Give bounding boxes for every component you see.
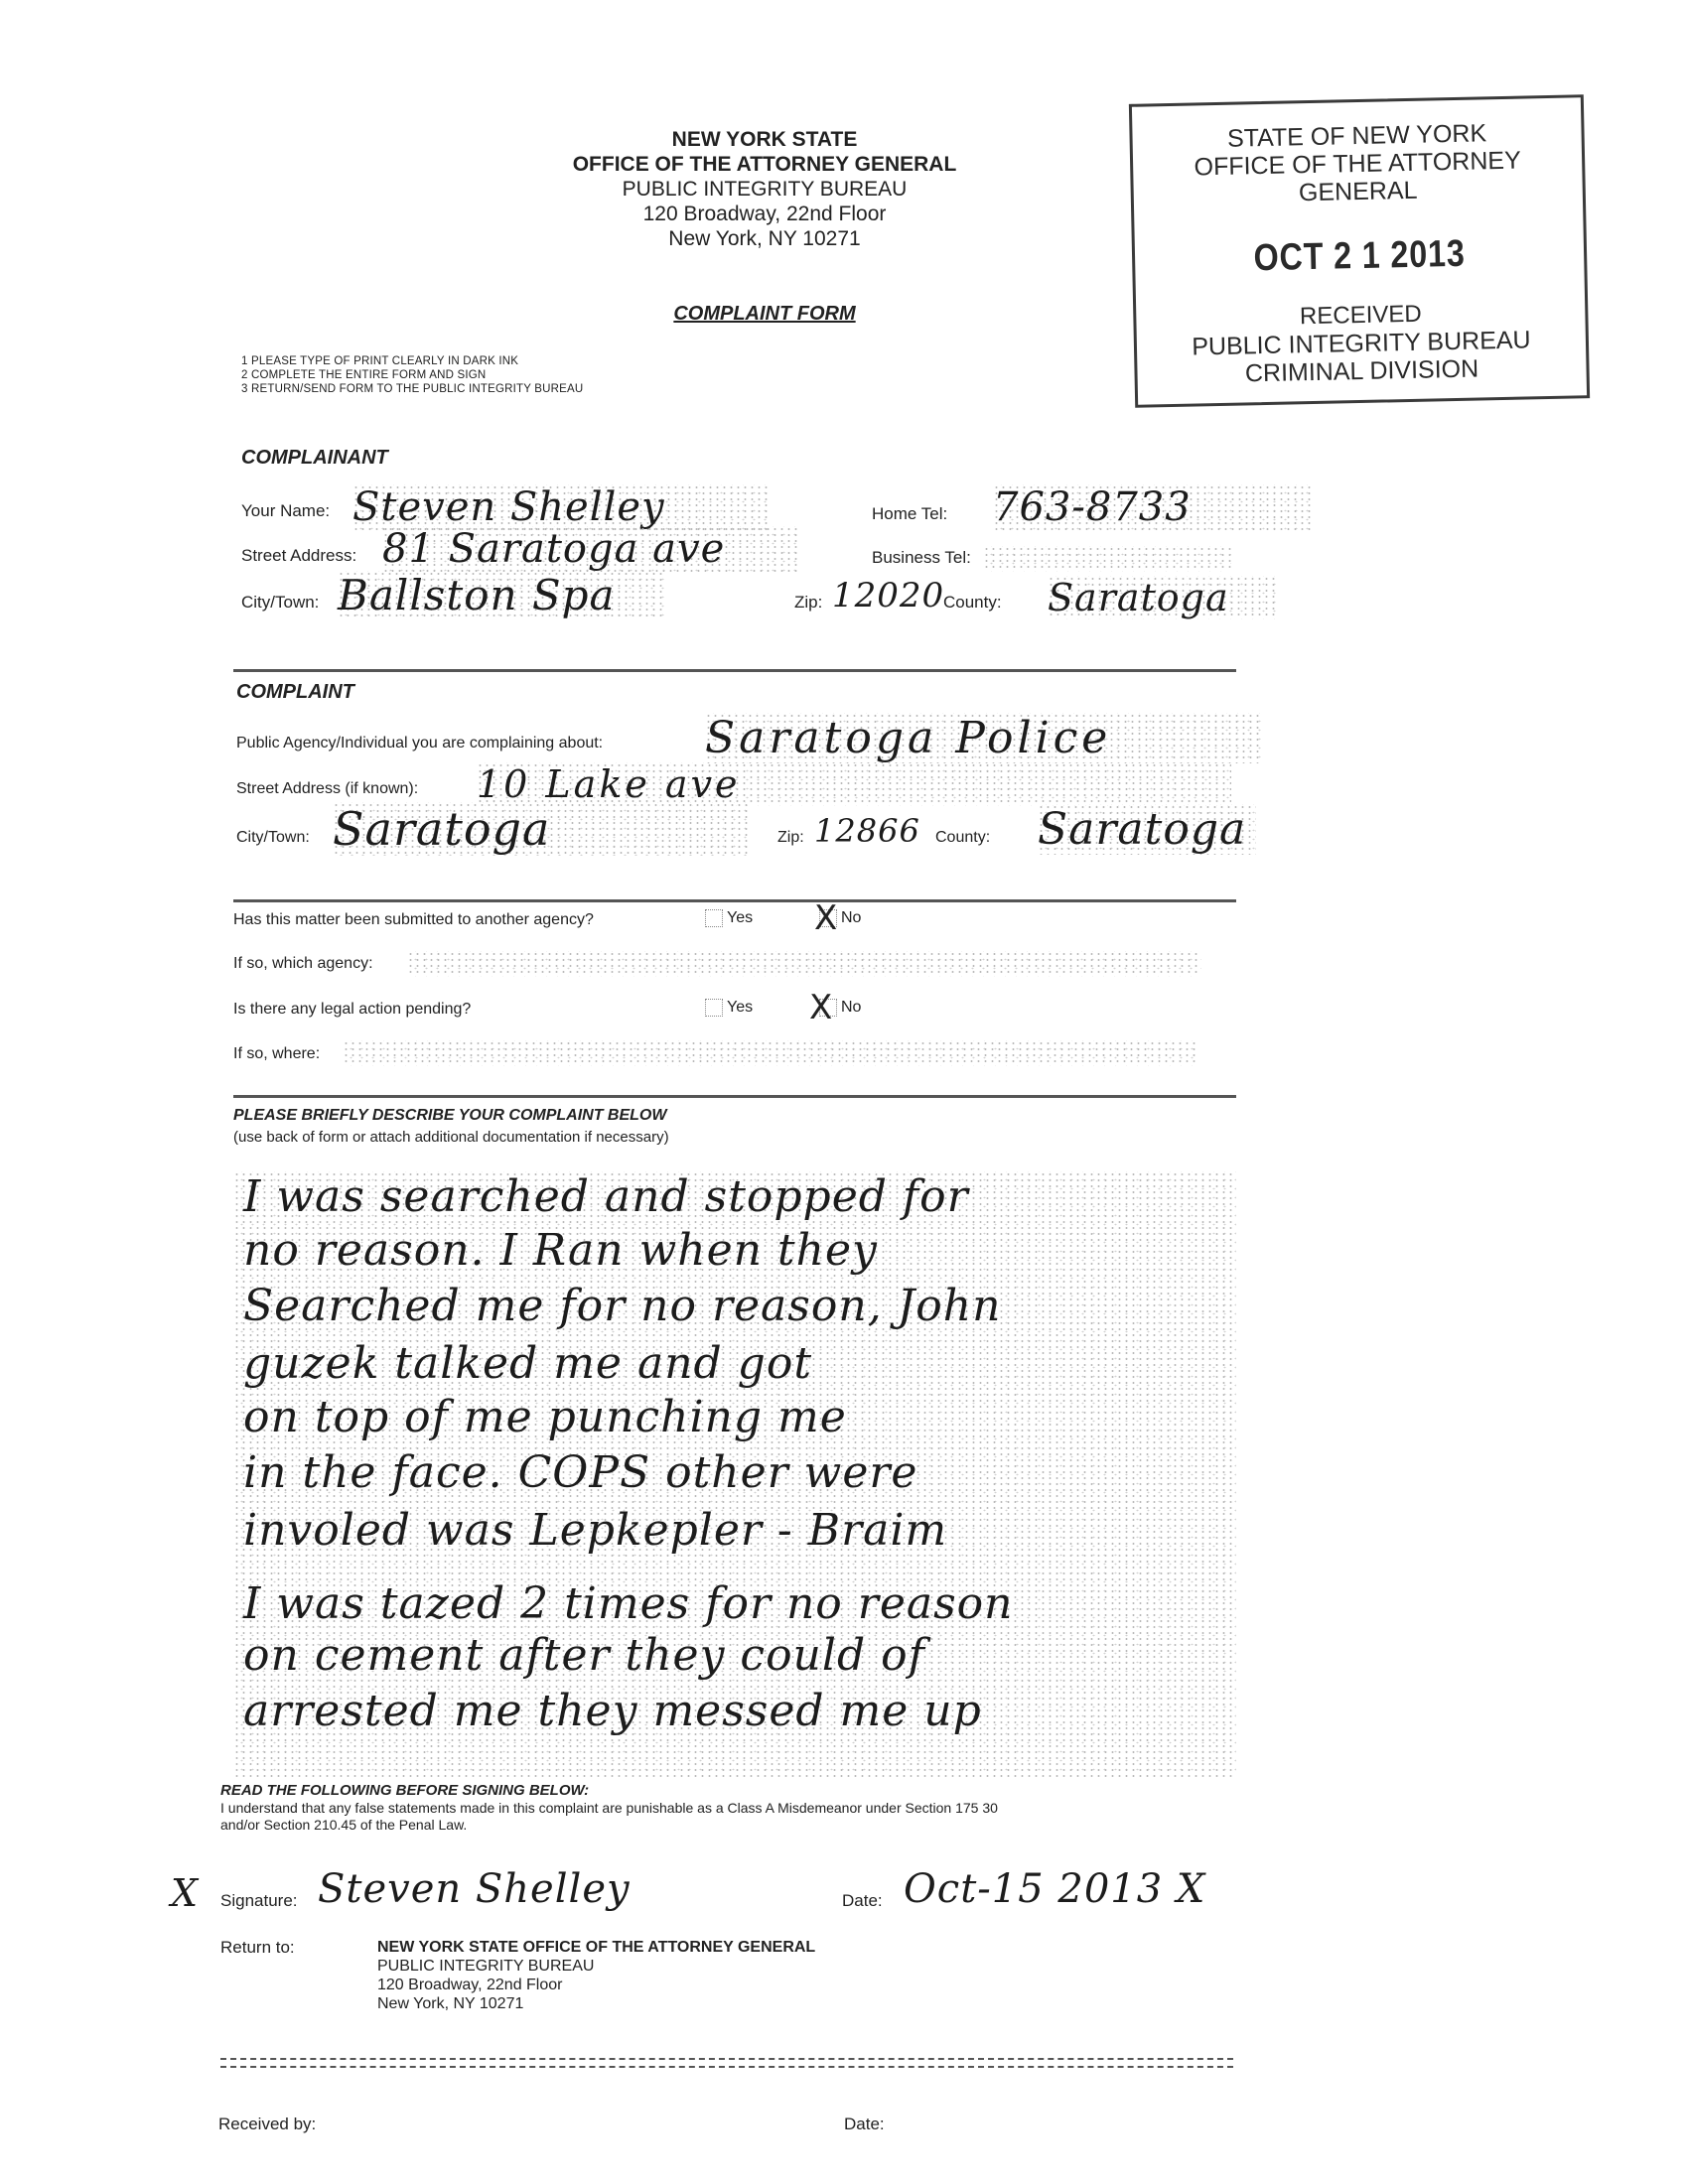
- home-tel-label: Home Tel:: [872, 504, 947, 524]
- no-label: No: [841, 909, 861, 926]
- instructions-list: 1 PLEASE TYPE OF PRINT CLEARLY IN DARK I…: [241, 354, 583, 396]
- stamp-office: OFFICE OF THE ATTORNEY GENERAL: [1133, 145, 1583, 209]
- stamp-date: OCT 2 1 2013: [1169, 231, 1551, 282]
- description-line: I was searched and stopped for: [243, 1171, 969, 1222]
- agency-zip-label: Zip:: [777, 829, 804, 847]
- agency-city-field[interactable]: Saratoga: [333, 802, 750, 856]
- street-address-label: Street Address:: [241, 546, 356, 566]
- section-divider: [233, 899, 1236, 902]
- county-field[interactable]: Saratoga: [1048, 576, 1276, 619]
- description-line: on top of me punching me: [243, 1392, 847, 1442]
- description-line: involed was Lepkepler - Braim: [243, 1505, 947, 1556]
- business-tel-field[interactable]: [983, 546, 1231, 572]
- instruction-item: 3 RETURN/SEND FORM TO THE PUBLIC INTEGRI…: [241, 382, 583, 396]
- received-date-label: Date:: [844, 2115, 885, 2134]
- description-subtitle: (use back of form or attach additional d…: [233, 1129, 669, 1146]
- city-label: City/Town:: [241, 593, 319, 613]
- return-to-label: Return to:: [220, 1938, 295, 1958]
- description-line: in the face. COPS other were: [243, 1447, 917, 1498]
- return-office: NEW YORK STATE OFFICE OF THE ATTORNEY GE…: [377, 1938, 815, 1957]
- description-title: PLEASE BRIEFLY DESCRIBE YOUR COMPLAINT B…: [233, 1107, 666, 1125]
- name-label: Your Name:: [241, 501, 330, 521]
- section-divider: [233, 1095, 1236, 1098]
- agency-label: Public Agency/Individual you are complai…: [236, 735, 603, 752]
- attestation-text-line1: I understand that any false statements m…: [220, 1800, 998, 1817]
- where-label: If so, where:: [233, 1045, 320, 1063]
- where-field[interactable]: [343, 1040, 1196, 1066]
- agency-field[interactable]: Saratoga Police: [705, 713, 1261, 763]
- which-agency-label: If so, which agency:: [233, 955, 373, 973]
- legal-action-question: Is there any legal action pending?: [233, 1001, 471, 1019]
- attestation-title: READ THE FOLLOWING BEFORE SIGNING BELOW:: [220, 1782, 589, 1799]
- agency-street-field[interactable]: 10 Lake ave: [477, 762, 1231, 806]
- no-label: No: [841, 999, 861, 1016]
- county-label: County:: [943, 593, 1002, 613]
- city-field[interactable]: Ballston Spa: [338, 571, 665, 619]
- instruction-item: 2 COMPLETE THE ENTIRE FORM AND SIGN: [241, 368, 583, 382]
- section-divider: [233, 669, 1236, 672]
- header-city: New York, NY 10271: [516, 226, 1013, 251]
- business-tel-label: Business Tel:: [872, 548, 971, 568]
- agency-street-label: Street Address (if known):: [236, 780, 418, 798]
- signature-marker: X: [171, 1871, 199, 1915]
- received-stamp: STATE OF NEW YORK OFFICE OF THE ATTORNEY…: [1129, 94, 1590, 408]
- yes-label: Yes: [727, 999, 753, 1016]
- description-line: arrested me they messed me up: [243, 1686, 982, 1736]
- signature-field[interactable]: Steven Shelley: [318, 1866, 631, 1912]
- signature-label: Signature:: [220, 1891, 298, 1911]
- submitted-yes-checkbox[interactable]: [705, 909, 723, 927]
- office-use-separator: [220, 2058, 1233, 2068]
- yes-label: Yes: [727, 909, 753, 926]
- return-address: NEW YORK STATE OFFICE OF THE ATTORNEY GE…: [377, 1938, 815, 2013]
- complainant-section-title: COMPLAINANT: [241, 447, 388, 470]
- submitted-question: Has this matter been submitted to anothe…: [233, 911, 594, 929]
- header-office: OFFICE OF THE ATTORNEY GENERAL: [516, 152, 1013, 177]
- agency-city-label: City/Town:: [236, 829, 310, 847]
- received-by-label: Received by:: [218, 2115, 316, 2134]
- signature-date-field[interactable]: Oct-15 2013 X: [904, 1866, 1205, 1912]
- header-bureau: PUBLIC INTEGRITY BUREAU: [516, 177, 1013, 202]
- legal-yes-checkbox[interactable]: [705, 999, 723, 1017]
- submitted-yes-option[interactable]: Yes: [705, 909, 753, 927]
- signature-date-label: Date:: [842, 1891, 883, 1911]
- return-bureau: PUBLIC INTEGRITY BUREAU: [377, 1957, 815, 1976]
- home-tel-field[interactable]: 763-8733: [993, 484, 1311, 530]
- name-field[interactable]: Steven Shelley: [352, 484, 770, 530]
- legal-yes-option[interactable]: Yes: [705, 999, 753, 1017]
- which-agency-field[interactable]: [407, 951, 1201, 977]
- submitted-no-check-mark: X: [814, 898, 837, 938]
- legal-no-check-mark: X: [809, 988, 832, 1027]
- header-state: NEW YORK STATE: [516, 127, 1013, 152]
- header-address: 120 Broadway, 22nd Floor: [516, 202, 1013, 226]
- form-header: NEW YORK STATE OFFICE OF THE ATTORNEY GE…: [516, 127, 1013, 251]
- description-line: Searched me for no reason, John: [243, 1281, 1001, 1331]
- description-line: no reason. I Ran when they: [243, 1225, 878, 1276]
- street-address-field[interactable]: 81 Saratoga ave: [382, 526, 799, 572]
- agency-county-label: County:: [935, 829, 990, 847]
- form-title: COMPLAINT FORM: [516, 303, 1013, 326]
- attestation-text-line2: and/or Section 210.45 of the Penal Law.: [220, 1817, 467, 1834]
- agency-zip-field[interactable]: 12866: [814, 812, 920, 850]
- zip-field[interactable]: 12020: [832, 576, 944, 615]
- zip-label: Zip:: [794, 593, 822, 613]
- instruction-item: 1 PLEASE TYPE OF PRINT CLEARLY IN DARK I…: [241, 354, 583, 368]
- return-street: 120 Broadway, 22nd Floor: [377, 1976, 815, 1994]
- description-line: I was tazed 2 times for no reason: [243, 1578, 1014, 1629]
- return-city: New York, NY 10271: [377, 1994, 815, 2013]
- description-line: guzek talked me and got: [243, 1338, 812, 1389]
- agency-county-field[interactable]: Saratoga: [1038, 804, 1256, 855]
- complaint-section-title: COMPLAINT: [236, 681, 354, 704]
- description-line: on cement after they could of: [243, 1630, 925, 1681]
- complaint-description-field[interactable]: I was searched and stopped for no reason…: [233, 1171, 1236, 1777]
